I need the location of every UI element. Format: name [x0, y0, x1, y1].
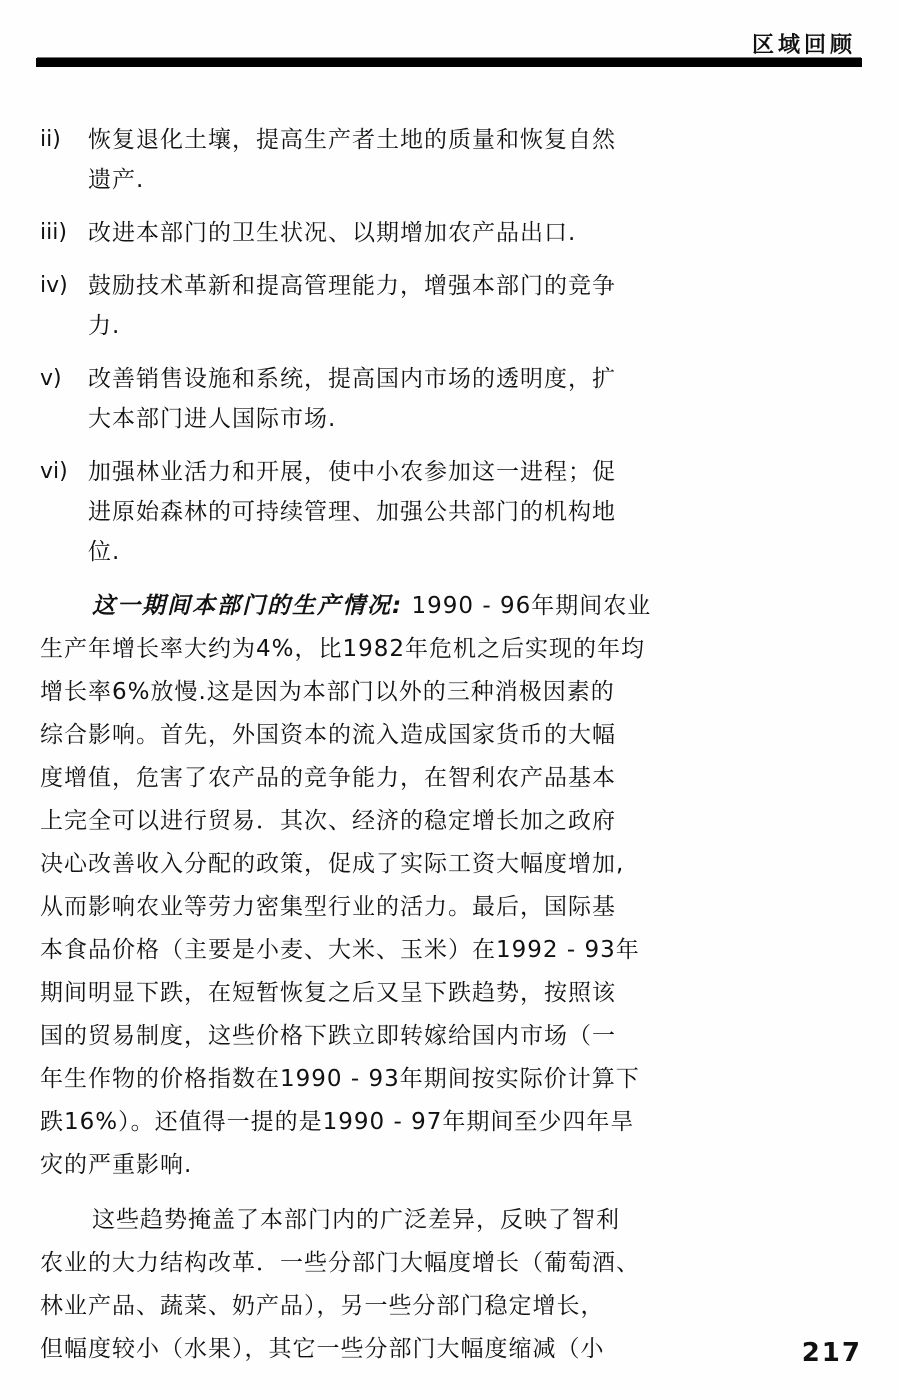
- paragraph-first-line: 这一期间本部门的生产情况: 1990 - 96年期间农业: [40, 585, 620, 628]
- paragraph-line: 灾的严重影响.: [40, 1144, 620, 1187]
- page-number: 217: [802, 1338, 862, 1368]
- paragraph-line: 期间明显下跌，在短暂恢复之后又呈下跌趋势，按照该: [40, 972, 620, 1015]
- paragraph-production: 这一期间本部门的生产情况: 1990 - 96年期间农业 生产年增长率大约为4%…: [40, 585, 620, 1187]
- list-item: v) 改善销售设施和系统，提高国内市场的透明度，扩 大本部门进人国际市场.: [40, 359, 620, 439]
- paragraph-line: 国的贸易制度，这些价格下跌立即转嫁给国内市场（一: [40, 1015, 620, 1058]
- paragraph-line: 从而影响农业等劳力密集型行业的活力。最后，国际基: [40, 886, 620, 929]
- list-item-line: 鼓励技术革新和提高管理能力，增强本部门的竞争: [88, 266, 620, 306]
- list-item-line: 恢复退化土壤，提高生产者土地的质量和恢复自然: [88, 120, 620, 160]
- paragraph-line: 跌16%）。还值得一提的是1990 - 97年期间至少四年旱: [40, 1101, 620, 1144]
- paragraph-line: 这些趋势掩盖了本部门内的广泛差异，反映了智利: [40, 1199, 620, 1242]
- list-item-line: 大本部门进人国际市场.: [88, 399, 620, 439]
- list-item: ii) 恢复退化土壤，提高生产者土地的质量和恢复自然 遗产.: [40, 120, 620, 200]
- paragraph-line: 本食品价格（主要是小麦、大米、玉米）在1992 - 93年: [40, 929, 620, 972]
- paragraph-line: 上完全可以进行贸易．其次、经济的稳定增长加之政府: [40, 800, 620, 843]
- paragraph-lead-emphasis: 这一期间本部门的生产情况:: [92, 593, 403, 619]
- list-item-marker: vi): [40, 452, 88, 572]
- list-item-marker: iii): [40, 213, 88, 253]
- list-item-line: 遗产.: [88, 160, 620, 200]
- objectives-list: ii) 恢复退化土壤，提高生产者土地的质量和恢复自然 遗产. iii) 改进本部…: [40, 120, 620, 572]
- list-item-marker: v): [40, 359, 88, 439]
- paragraph-line: 生产年增长率大约为4%，比1982年危机之后实现的年均: [40, 628, 620, 671]
- paragraph-line: 年生作物的价格指数在1990 - 93年期间按实际价计算下: [40, 1058, 620, 1101]
- paragraph-line: 增长率6%放慢.这是因为本部门以外的三种消极因素的: [40, 671, 620, 714]
- paragraph-line: 但幅度较小（水果），其它一些分部门大幅度缩减（小: [40, 1328, 620, 1371]
- list-item-marker: ii): [40, 120, 88, 200]
- list-item-marker: iv): [40, 266, 88, 346]
- paragraph-line: 林业产品、蔬菜、奶产品），另一些分部门稳定增长，: [40, 1285, 620, 1328]
- list-item-line: 位.: [88, 532, 620, 572]
- text-column: ii) 恢复退化土壤，提高生产者土地的质量和恢复自然 遗产. iii) 改进本部…: [40, 120, 620, 1371]
- running-header-title: 区域回顾: [752, 28, 856, 59]
- list-item-line: 改善销售设施和系统，提高国内市场的透明度，扩: [88, 359, 620, 399]
- paragraph-line: 综合影响。首先，外国资本的流入造成国家货币的大幅: [40, 714, 620, 757]
- paragraph-line: 决心改善收入分配的政策，促成了实际工资大幅度增加,: [40, 843, 620, 886]
- list-item: vi) 加强林业活力和开展，使中小农参加这一进程；促 进原始森林的可持续管理、加…: [40, 452, 620, 572]
- list-item: iii) 改进本部门的卫生状况、以期增加农产品出口.: [40, 213, 620, 253]
- list-item-line: 力.: [88, 306, 620, 346]
- header-rule-divider: [36, 58, 862, 67]
- document-page: 区域回顾 ii) 恢复退化土壤，提高生产者土地的质量和恢复自然 遗产. iii)…: [0, 0, 900, 1400]
- list-item-line: 进原始森林的可持续管理、加强公共部门的机构地: [88, 492, 620, 532]
- paragraph-lead-rest: 1990 - 96年期间农业: [403, 593, 651, 619]
- paragraph-line: 度增值，危害了农产品的竞争能力，在智利农产品基本: [40, 757, 620, 800]
- list-item: iv) 鼓励技术革新和提高管理能力，增强本部门的竞争 力.: [40, 266, 620, 346]
- paragraph-line: 农业的大力结构改革．一些分部门大幅度增长（葡萄酒、: [40, 1242, 620, 1285]
- list-item-line: 改进本部门的卫生状况、以期增加农产品出口.: [88, 213, 620, 253]
- list-item-line: 加强林业活力和开展，使中小农参加这一进程；促: [88, 452, 620, 492]
- paragraph-trends: 这些趋势掩盖了本部门内的广泛差异，反映了智利 农业的大力结构改革．一些分部门大幅…: [40, 1199, 620, 1371]
